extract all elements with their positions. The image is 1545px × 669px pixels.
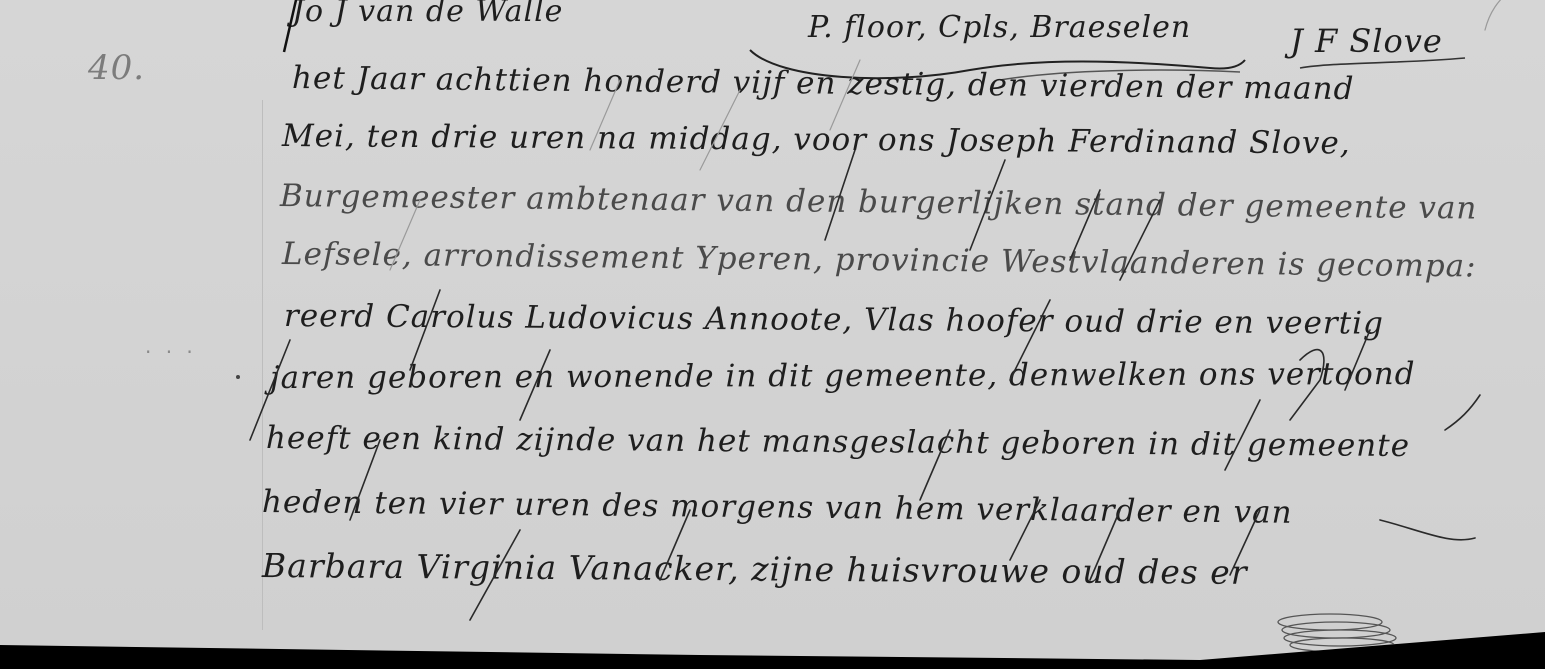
handwriting-strokes-icon [0, 0, 1545, 669]
margin-dot-mark [236, 375, 240, 379]
scanned-document-page: 40. Jo J van de Walle P. floor, Cpls, Br… [0, 0, 1545, 669]
margin-ellipsis-mark: · · · [145, 340, 197, 364]
paraph-scribble-icon [1270, 610, 1410, 660]
paper-sheet: 40. Jo J van de Walle P. floor, Cpls, Br… [0, 0, 1545, 669]
